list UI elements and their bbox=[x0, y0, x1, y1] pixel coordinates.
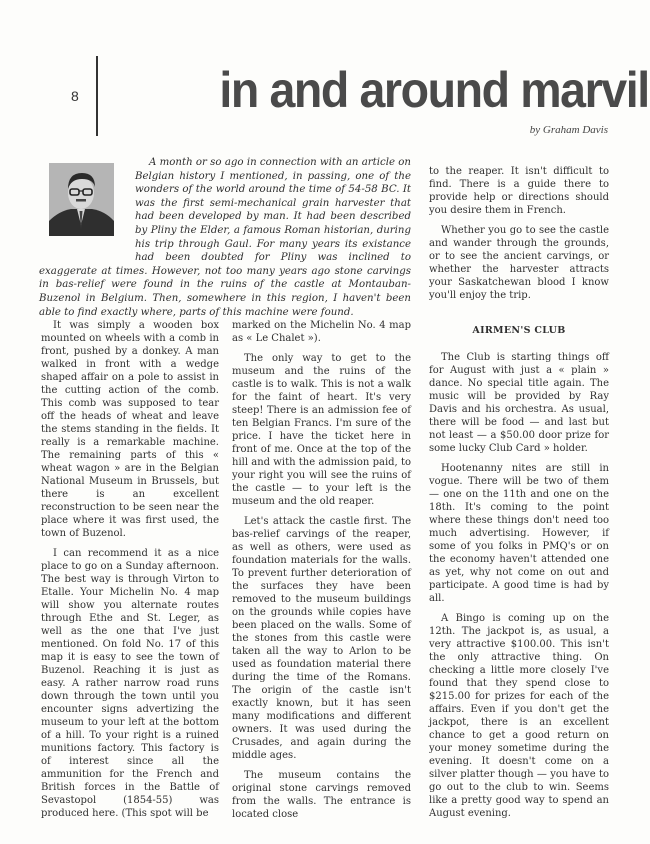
paragraph-continuation: marked on the Michelin No. 4 map as « Le… bbox=[232, 319, 411, 345]
paragraph: Let's attack the castle first. The bas-r… bbox=[232, 515, 411, 762]
article-title: in and around marville bbox=[219, 62, 610, 118]
paragraph: The only way to get to the museum and th… bbox=[232, 352, 411, 508]
article-byline: by Graham Davis bbox=[530, 124, 608, 136]
paragraph: It was simply a wooden box mounted on wh… bbox=[41, 319, 219, 540]
page-number: 8 bbox=[71, 88, 79, 104]
paragraph: A Bingo is coming up on the 12th. The ja… bbox=[429, 612, 609, 820]
column-3: to the reaper. It isn't difficult to fin… bbox=[429, 165, 609, 827]
paragraph: The Club is starting things off for Augu… bbox=[429, 351, 609, 455]
vertical-rule bbox=[96, 56, 98, 136]
paragraph: Hootenanny nites are still in vogue. The… bbox=[429, 462, 609, 605]
section-heading: AIRMEN'S CLUB bbox=[429, 324, 609, 337]
column-1: It was simply a wooden box mounted on wh… bbox=[41, 319, 219, 827]
paragraph: Whether you go to see the castle and wan… bbox=[429, 224, 609, 302]
paragraph-continuation: to the reaper. It isn't difficult to fin… bbox=[429, 165, 609, 217]
column-2: marked on the Michelin No. 4 map as « Le… bbox=[232, 319, 411, 828]
photo-spacer bbox=[39, 156, 135, 260]
paragraph: I can recommend it as a nice place to go… bbox=[41, 547, 219, 820]
paragraph: The museum contains the original stone c… bbox=[232, 769, 411, 821]
article-intro: A month or so ago in connection with an … bbox=[39, 156, 411, 319]
magazine-page: 8 in and around marville by Graham Davis… bbox=[0, 0, 650, 844]
